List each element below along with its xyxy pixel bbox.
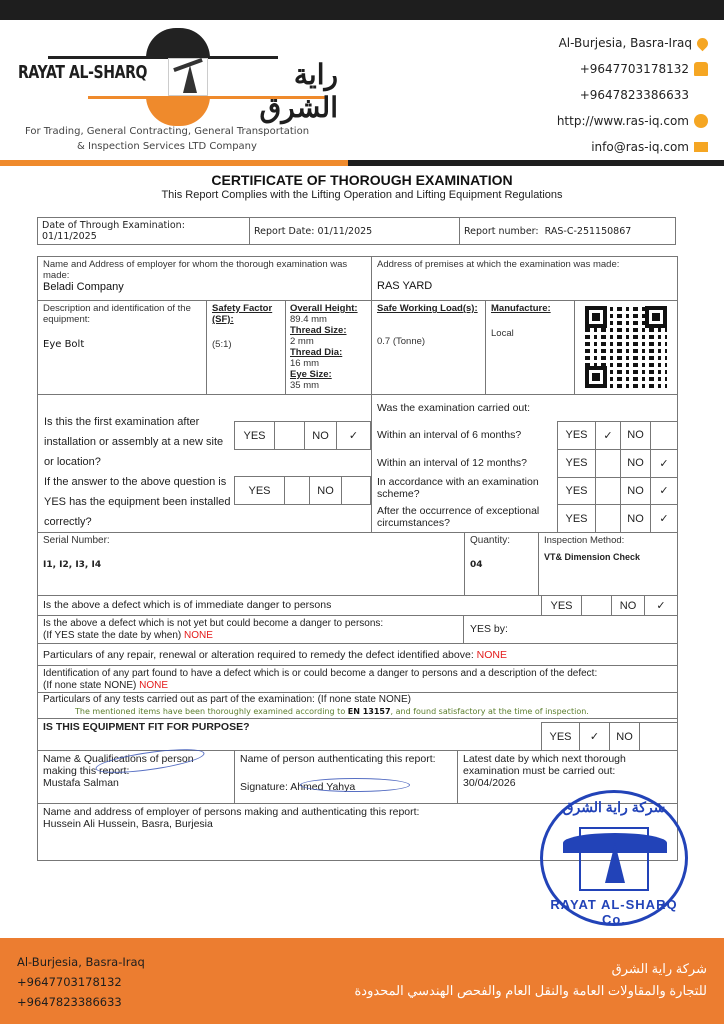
footer-arabic: شركة راية الشرق للتجارة والمقاولات العام… [355, 958, 708, 1002]
immediate-danger-cell: Is the above a defect which is of immedi… [37, 595, 542, 616]
no-checkbox[interactable]: ✓ [645, 596, 678, 616]
equipment-desc-label: Description and identification of the eq… [43, 303, 201, 325]
footer-contacts: Al-Burjesia, Basra-Iraq +9647703178132 +… [17, 952, 145, 1012]
thread-size-label: Thread Size: [290, 325, 367, 336]
exam-date-cell: Date of Through Examination: 01/11/2025 [38, 218, 250, 245]
immediate-danger-text: Is the above a defect which is of immedi… [43, 599, 331, 611]
immediate-danger-yes-no: YES NO ✓ [541, 595, 678, 616]
no-label: NO [305, 422, 337, 450]
email-link[interactable]: info@ras-iq.com [591, 134, 689, 160]
yes-checkbox[interactable]: ✓ [596, 422, 621, 450]
thread-size-value: 2 mm [290, 336, 367, 347]
oil-pump-icon [168, 58, 208, 96]
contact-website[interactable]: http://www.ras-iq.com [557, 108, 708, 134]
identification-line-1: Identification of any part found to have… [43, 668, 672, 680]
tests-label: Particulars of any tests carried out as … [43, 694, 672, 706]
serial-label: Serial Number: [43, 535, 459, 546]
repair-value: NONE [477, 649, 507, 661]
authenticator-label: Name of person authenticating this repor… [240, 753, 452, 765]
next-exam-label: Latest date by which next thorough exami… [463, 753, 672, 777]
signature-label: Signature: [240, 781, 288, 793]
qr-code[interactable] [585, 306, 667, 388]
tests-text-post: , and found satisfactory at the time of … [391, 707, 589, 716]
future-danger-value: NONE [184, 630, 213, 641]
mail-icon [694, 142, 708, 152]
location-pin-icon [695, 35, 711, 51]
no-checkbox[interactable]: ✓ [651, 505, 678, 533]
question-first-exam: Is this the first examination after inst… [44, 412, 234, 472]
yes-label: YES [558, 422, 596, 450]
swl-label: Safe Working Load(s): [377, 303, 480, 314]
no-label: NO [621, 422, 651, 450]
yes-checkbox[interactable] [285, 477, 310, 505]
tagline-line-2: & Inspection Services LTD Company [0, 139, 334, 154]
equipment-desc-cell: Description and identification of the eq… [37, 300, 207, 395]
globe-icon [694, 114, 708, 128]
question-exam-scheme: In accordance with an examination scheme… [377, 476, 557, 500]
identification-line-2: (If none state NONE) [43, 680, 136, 691]
overall-height-label: Overall Height: [290, 303, 367, 314]
tests-cell: Particulars of any tests carried out as … [37, 692, 678, 719]
no-checkbox[interactable]: ✓ [337, 422, 371, 450]
eye-size-label: Eye Size: [290, 369, 367, 380]
yes-checkbox[interactable] [596, 449, 621, 477]
inspection-method-cell: Inspection Method: VT& Dimension Check [538, 532, 678, 596]
identification-value: NONE [139, 680, 168, 691]
yes-label: YES [558, 477, 596, 505]
future-danger-line-2: (If YES state the date by when) [43, 630, 181, 641]
website-link[interactable]: http://www.ras-iq.com [557, 108, 689, 134]
yes-checkbox[interactable] [596, 505, 621, 533]
yes-checkbox[interactable] [275, 422, 305, 450]
yes-label: YES [558, 449, 596, 477]
gear-half-icon [146, 96, 210, 126]
question-exceptional: After the occurrence of exceptional circ… [377, 505, 557, 529]
contact-address: Al-Burjesia, Basra-Iraq [557, 30, 708, 56]
footer: Al-Burjesia, Basra-Iraq +9647703178132 +… [0, 938, 724, 1024]
premises-cell: Address of premises at which the examina… [371, 256, 678, 301]
report-header-table: Date of Through Examination: 01/11/2025 … [37, 217, 676, 245]
yes-by-label: YES by: [470, 623, 508, 635]
question-12-months: Within an interval of 12 months? [377, 453, 557, 473]
first-exam-yes-no: YES NO ✓ [234, 421, 371, 450]
serial-cell: Serial Number: I1, I2, I3, I4 [37, 532, 465, 596]
footer-phone-1: +9647703178132 [17, 972, 145, 992]
overall-height-value: 89.4 mm [290, 314, 367, 325]
certificate-subtitle: This Report Complies with the Lifting Op… [0, 189, 724, 201]
stamp-text-ar: شركة راية الشرق [543, 799, 685, 816]
no-checkbox[interactable] [640, 723, 678, 751]
yes-label: YES [542, 596, 582, 616]
qr-finder [645, 306, 667, 328]
spacer [694, 88, 708, 102]
report-number-label: Report number: [464, 226, 539, 237]
thread-dia-label: Thread Dia: [290, 347, 367, 358]
brand-name-en: RAYAT AL-SHARQ [18, 62, 147, 83]
no-checkbox[interactable]: ✓ [651, 449, 678, 477]
equipment-desc-value: Eye Bolt [43, 339, 201, 350]
premises-label: Address of premises at which the examina… [377, 259, 672, 270]
report-maker-value: Mustafa Salman [43, 777, 229, 789]
contact-email[interactable]: info@ras-iq.com [557, 134, 708, 160]
report-date-value: 01/11/2025 [317, 226, 372, 237]
report-number-cell: Report number: RAS-C-251150867 [460, 218, 676, 245]
divider-orange [0, 160, 348, 166]
employer-value: Beladi Company [43, 281, 366, 293]
tests-text-pre: The mentioned items have been thoroughly… [75, 707, 348, 716]
future-danger-cell: Is the above a defect which is not yet b… [37, 615, 464, 644]
safety-factor-value: (5:1) [212, 339, 280, 350]
inspection-method-label: Inspection Method: [544, 535, 672, 546]
manufacture-value: Local [491, 328, 569, 339]
exam-date-value: 01/11/2025 [42, 231, 97, 242]
quantity-cell: Quantity: 04 [464, 532, 539, 596]
qr-finder [585, 366, 607, 388]
yes-label: YES [235, 477, 285, 505]
dimensions-cell: Overall Height: 89.4 mm Thread Size: 2 m… [285, 300, 372, 395]
exam-date-label: Date of Through Examination: [42, 220, 185, 231]
swl-value: 0.7 (Tonne) [377, 336, 480, 347]
employer-cell: Name and Address of employer for whom th… [37, 256, 372, 301]
installed-yes-no: YES NO [234, 476, 371, 505]
quantity-label: Quantity: [470, 535, 533, 546]
phone-2-text: +9647823386633 [580, 82, 689, 108]
contact-phone-1: +9647703178132 [557, 56, 708, 82]
no-checkbox[interactable] [342, 477, 371, 505]
phone-1-text: +9647703178132 [580, 56, 689, 82]
yes-label: YES [542, 723, 580, 751]
footer-phone-2: +9647823386633 [17, 992, 145, 1012]
question-installed-correctly: If the answer to the above question is Y… [44, 472, 234, 532]
manufacture-cell: Manufacture: Local [485, 300, 575, 395]
safety-factor-label: Safety Factor (SF): [212, 303, 280, 325]
repair-cell: Particulars of any repair, renewal or al… [37, 643, 678, 666]
certificate-title: CERTIFICATE OF THOROUGH EXAMINATION [0, 172, 724, 188]
repair-text: Particulars of any repair, renewal or al… [43, 649, 474, 661]
tagline-line-1: For Trading, General Contracting, Genera… [0, 124, 334, 139]
question-6-months: Within an interval of 6 months? [377, 425, 557, 445]
serial-value: I1, I2, I3, I4 [43, 560, 459, 570]
company-stamp: شركة راية الشرق RAYAT AL-SHARQ Co. [540, 790, 688, 926]
tests-standard: EN 13157 [348, 707, 391, 716]
quantity-value: 04 [470, 560, 533, 570]
inspection-method-value: VT& Dimension Check [544, 552, 672, 562]
yes-by-cell: YES by: [463, 615, 678, 644]
company-logo: RAYAT AL-SHARQ راية الشرق [18, 26, 338, 126]
signature-scribble-authenticator [300, 778, 410, 792]
swl-cell: Safe Working Load(s): 0.7 (Tonne) [371, 300, 486, 395]
thread-dia-value: 16 mm [290, 358, 367, 369]
yes-checkbox[interactable] [596, 477, 621, 505]
top-bar [0, 0, 724, 20]
no-label: NO [310, 477, 342, 505]
no-label: NO [612, 596, 645, 616]
report-date-label: Report Date: [254, 226, 314, 237]
no-label: NO [621, 505, 651, 533]
company-tagline: For Trading, General Contracting, Genera… [0, 124, 334, 154]
phone-icon [694, 62, 708, 76]
exam-carried-out-heading: Was the examination carried out: [377, 398, 530, 418]
no-label: NO [610, 723, 640, 751]
address-text: Al-Burjesia, Basra-Iraq [559, 30, 692, 56]
identification-cell: Identification of any part found to have… [37, 665, 678, 693]
footer-ar-line-1: شركة راية الشرق [355, 958, 708, 980]
fit-yes-no: YES ✓ NO [541, 722, 678, 751]
report-number-value: RAS-C-251150867 [545, 226, 632, 237]
footer-address: Al-Burjesia, Basra-Iraq [17, 952, 145, 972]
manufacture-label: Manufacture: [491, 303, 569, 314]
footer-ar-line-2: للتجارة والمقاولات العامة والنقل العام و… [355, 980, 708, 1002]
gear-icon [146, 28, 210, 58]
future-danger-line-1: Is the above a defect which is not yet b… [43, 618, 458, 630]
eye-size-value: 35 mm [290, 380, 367, 391]
contact-block: Al-Burjesia, Basra-Iraq +9647703178132 +… [557, 30, 708, 160]
yes-checkbox[interactable]: ✓ [580, 723, 610, 751]
no-label: NO [621, 477, 651, 505]
stamp-text-en: RAYAT AL-SHARQ Co. [543, 897, 685, 927]
employer-label: Name and Address of employer for whom th… [43, 259, 366, 281]
premises-value: RAS YARD [377, 280, 672, 292]
divider-black [348, 160, 724, 166]
interval-yes-no-grid: YES ✓ NO YES NO ✓ YES NO ✓ YES NO ✓ [557, 421, 678, 533]
no-label: NO [621, 449, 651, 477]
contact-phone-2: +9647823386633 [557, 82, 708, 108]
yes-checkbox[interactable] [582, 596, 612, 616]
yes-label: YES [558, 505, 596, 533]
stamp-oil-rig-icon [605, 843, 625, 883]
qr-finder [585, 306, 607, 328]
no-checkbox[interactable] [651, 422, 678, 450]
next-exam-value: 30/04/2026 [463, 777, 672, 789]
yes-label: YES [235, 422, 275, 450]
safety-factor-cell: Safety Factor (SF): (5:1) [206, 300, 286, 395]
report-date-cell: Report Date: 01/11/2025 [250, 218, 460, 245]
authenticator-cell: Name of person authenticating this repor… [234, 750, 458, 804]
no-checkbox[interactable]: ✓ [651, 477, 678, 505]
brand-name-ar: راية الشرق [213, 58, 338, 124]
